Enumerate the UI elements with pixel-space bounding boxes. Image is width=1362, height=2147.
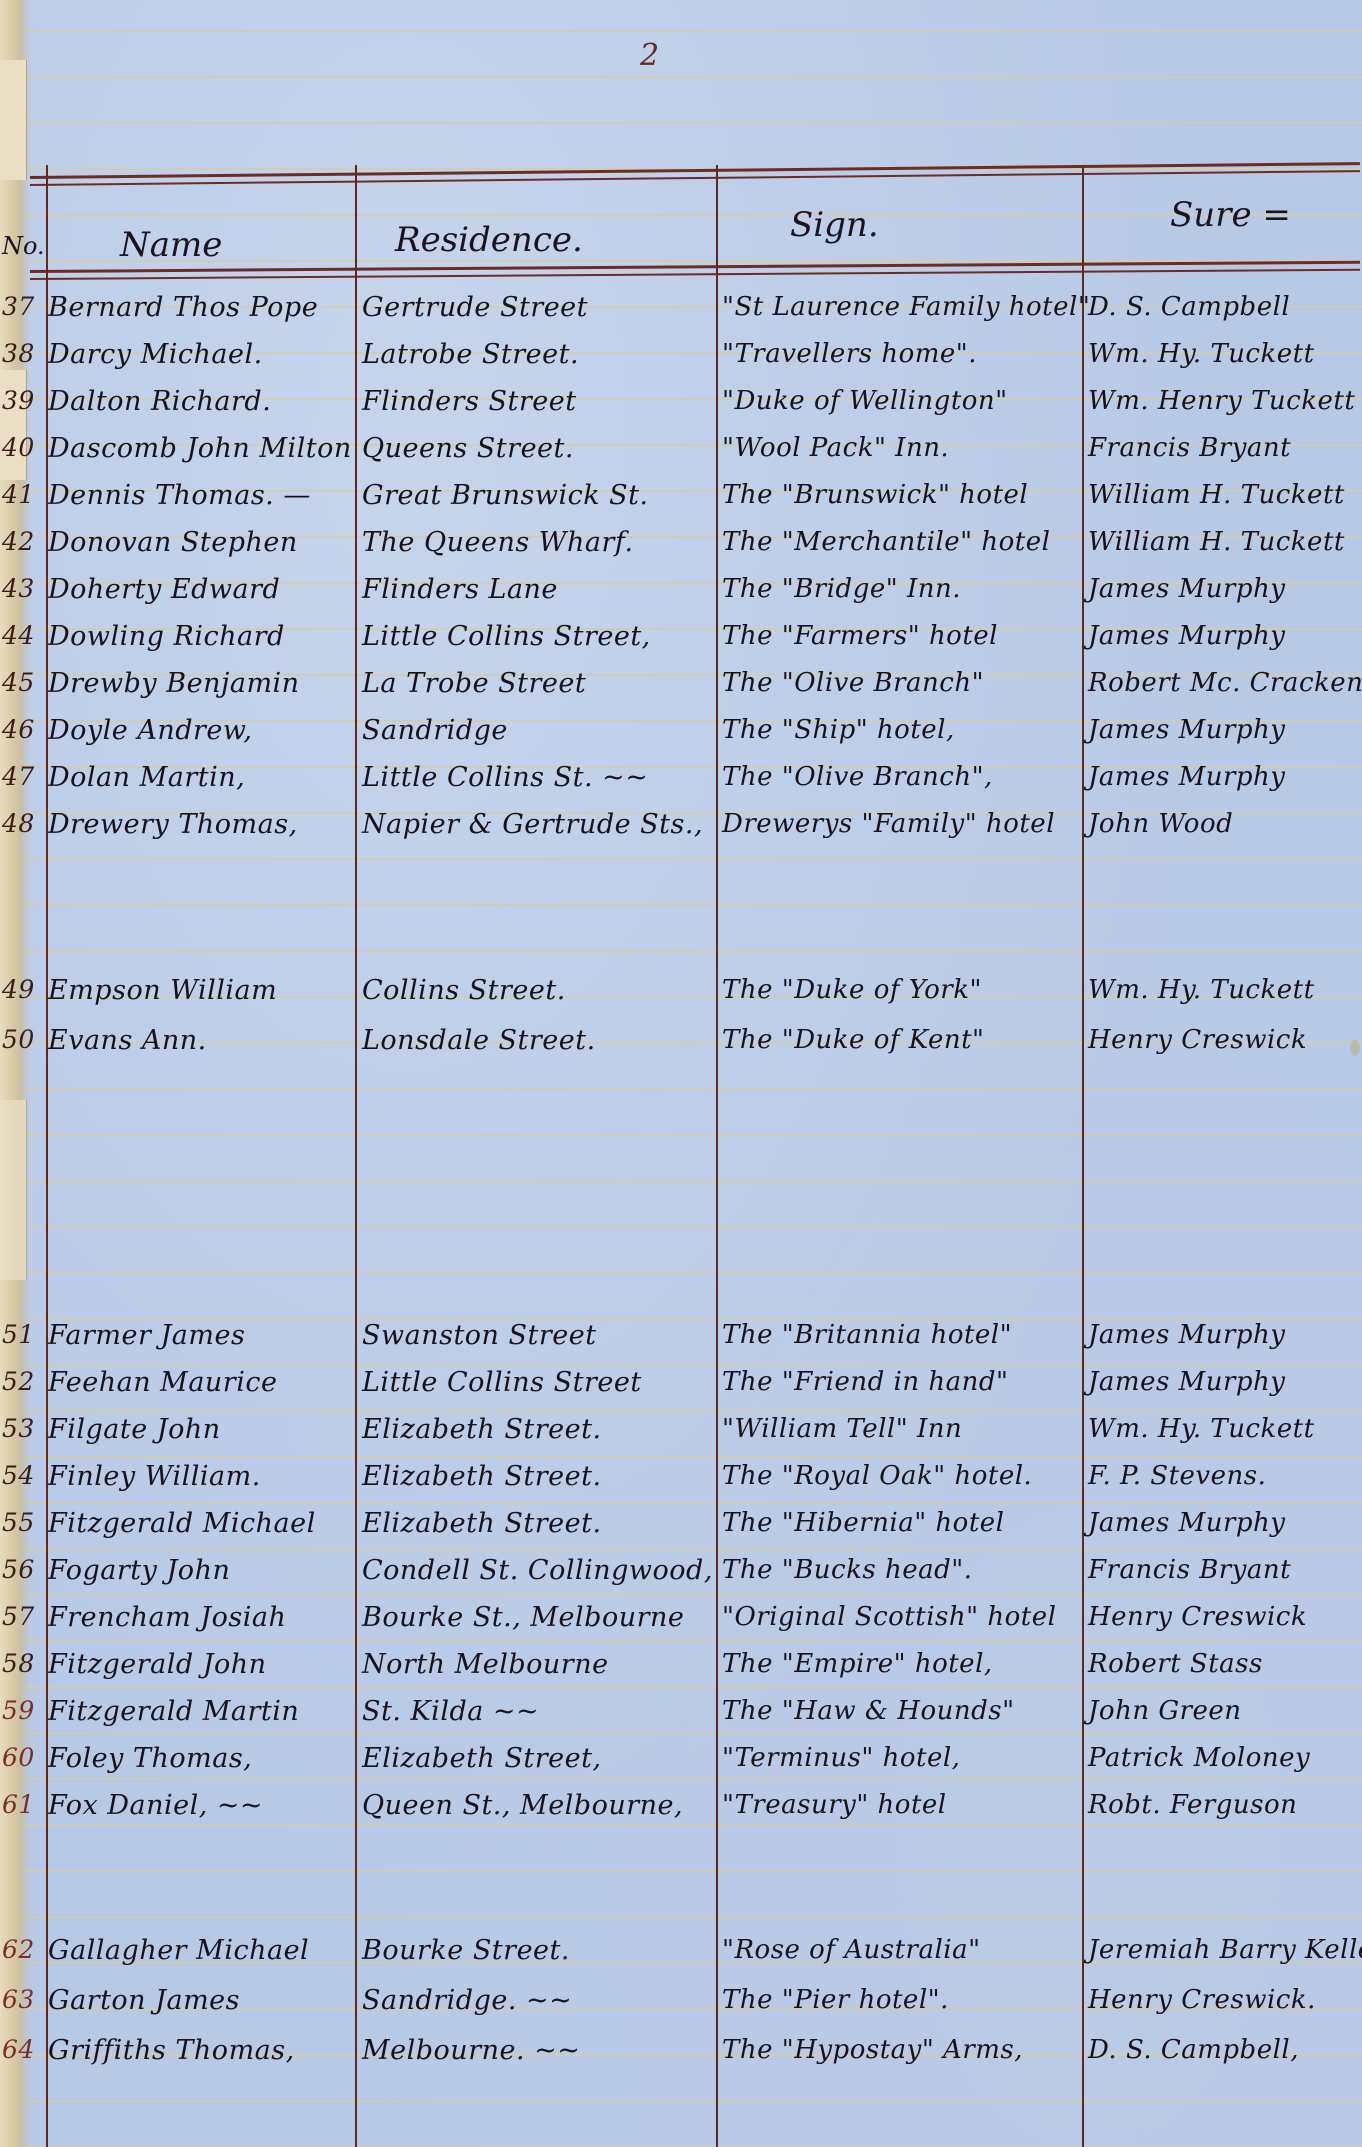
entry-residence: Gertrude Street (362, 292, 712, 323)
entry-sign: "William Tell" Inn (722, 1414, 1077, 1444)
entry-residence: Little Collins Street, (362, 621, 712, 652)
entry-name: Darcy Michael. (48, 339, 353, 370)
table-row: 61Fox Daniel, ~~Queen St., Melbourne,"Tr… (0, 1790, 1362, 1836)
entry-sign: The "Empire" hotel, (722, 1649, 1077, 1679)
row-number: 44 (2, 621, 46, 650)
entry-sign: Drewerys "Family" hotel (722, 809, 1077, 839)
entry-name: Doyle Andrew, (48, 715, 353, 746)
entry-residence: Swanston Street (362, 1320, 712, 1351)
table-row: 40Dascomb John MiltonQueens Street."Wool… (0, 433, 1362, 479)
rule-line (0, 904, 1362, 906)
entry-sign: The "Farmers" hotel (722, 621, 1077, 651)
entry-residence: Flinders Street (362, 386, 712, 417)
entry-name: Filgate John (48, 1414, 353, 1445)
table-row: 45Drewby BenjaminLa Trobe StreetThe "Oli… (0, 668, 1362, 714)
entry-name: Donovan Stephen (48, 527, 353, 558)
row-number: 37 (2, 292, 46, 321)
header-name: Name (120, 225, 222, 265)
entry-sign: "Wool Pack" Inn. (722, 433, 1077, 463)
entry-residence: Bourke Street. (362, 1935, 712, 1966)
table-row: 54Finley William.Elizabeth Street.The "R… (0, 1461, 1362, 1507)
entry-sign: The "Britannia hotel" (722, 1320, 1077, 1350)
rule-line (0, 1226, 1362, 1228)
entry-surety: John Green (1088, 1696, 1360, 1726)
row-number: 51 (2, 1320, 46, 1349)
row-number: 43 (2, 574, 46, 603)
table-row: 62Gallagher MichaelBourke Street."Rose o… (0, 1935, 1362, 1981)
entry-sign: The "Bucks head". (722, 1555, 1077, 1585)
table-row: 52Feehan MauriceLittle Collins StreetThe… (0, 1367, 1362, 1413)
entry-sign: The "Hypostay" Arms, (722, 2035, 1077, 2065)
entry-sign: The "Brunswick" hotel (722, 480, 1077, 510)
table-row: 63Garton JamesSandridge. ~~The "Pier hot… (0, 1985, 1362, 2031)
entry-sign: The "Bridge" Inn. (722, 574, 1077, 604)
entry-name: Fox Daniel, ~~ (48, 1790, 353, 1821)
row-number: 60 (2, 1743, 46, 1772)
entry-surety: D. S. Campbell, (1088, 2035, 1360, 2065)
table-row: 50Evans Ann.Lonsdale Street.The "Duke of… (0, 1025, 1362, 1071)
entry-residence: Elizabeth Street, (362, 1743, 712, 1774)
entry-surety: Henry Creswick (1088, 1025, 1360, 1055)
entry-sign: "Rose of Australia" (722, 1935, 1077, 1965)
entry-residence: Sandridge (362, 715, 712, 746)
entry-residence: Elizabeth Street. (362, 1461, 712, 1492)
entry-surety: Robert Mc. Cracken (1088, 668, 1360, 698)
table-row: 41Dennis Thomas. —Great Brunswick St.The… (0, 480, 1362, 526)
row-number: 56 (2, 1555, 46, 1584)
entry-name: Fogarty John (48, 1555, 353, 1586)
entry-surety: James Murphy (1088, 715, 1360, 745)
entry-surety: James Murphy (1088, 1367, 1360, 1397)
entry-sign: "Travellers home". (722, 339, 1077, 369)
entry-name: Doherty Edward (48, 574, 353, 605)
paper-tear (0, 60, 27, 180)
page-number: 2 (640, 38, 659, 73)
entry-name: Finley William. (48, 1461, 353, 1492)
entry-name: Drewby Benjamin (48, 668, 353, 699)
rule-line (0, 76, 1362, 78)
header-sign: Sign. (790, 205, 879, 245)
entry-sign: The "Haw & Hounds" (722, 1696, 1077, 1726)
table-row: 44Dowling RichardLittle Collins Street,T… (0, 621, 1362, 667)
entry-residence: Collins Street. (362, 975, 712, 1006)
entry-name: Dalton Richard. (48, 386, 353, 417)
table-row: 48Drewery Thomas,Napier & Gertrude Sts.,… (0, 809, 1362, 855)
entry-residence: Latrobe Street. (362, 339, 712, 370)
entry-name: Bernard Thos Pope (48, 292, 353, 323)
entry-residence: Bourke St., Melbourne (362, 1602, 712, 1633)
entry-residence: Little Collins Street (362, 1367, 712, 1398)
entry-residence: Napier & Gertrude Sts., (362, 809, 712, 840)
table-row: 57Frencham JosiahBourke St., Melbourne"O… (0, 1602, 1362, 1648)
table-row: 60Foley Thomas,Elizabeth Street,"Terminu… (0, 1743, 1362, 1789)
row-number: 59 (2, 1696, 46, 1725)
entry-surety: F. P. Stevens. (1088, 1461, 1360, 1491)
row-number: 61 (2, 1790, 46, 1819)
entry-name: Fitzgerald Martin (48, 1696, 353, 1727)
row-number: 45 (2, 668, 46, 697)
entry-sign: The "Olive Branch", (722, 762, 1077, 792)
row-number: 42 (2, 527, 46, 556)
entry-name: Fitzgerald Michael (48, 1508, 353, 1539)
entry-surety: Francis Bryant (1088, 1555, 1360, 1585)
paper-tear (0, 1100, 27, 1280)
entry-surety: Robert Stass (1088, 1649, 1360, 1679)
entry-name: Feehan Maurice (48, 1367, 353, 1398)
rule-line (0, 1272, 1362, 1274)
entry-surety: Henry Creswick (1088, 1602, 1360, 1632)
table-row: 38Darcy Michael.Latrobe Street."Travelle… (0, 339, 1362, 385)
entry-name: Gallagher Michael (48, 1935, 353, 1966)
rule-line (0, 122, 1362, 124)
entry-name: Garton James (48, 1985, 353, 2016)
table-row: 43Doherty EdwardFlinders LaneThe "Bridge… (0, 574, 1362, 620)
entry-surety: Wm. Hy. Tuckett (1088, 1414, 1360, 1444)
entry-surety: D. S. Campbell (1088, 292, 1360, 322)
entry-residence: La Trobe Street (362, 668, 712, 699)
row-number: 40 (2, 433, 46, 462)
entry-sign: The "Ship" hotel, (722, 715, 1077, 745)
entry-surety: Wm. Hy. Tuckett (1088, 339, 1360, 369)
row-number: 62 (2, 1935, 46, 1964)
entry-name: Dowling Richard (48, 621, 353, 652)
entry-residence: Great Brunswick St. (362, 480, 712, 511)
entry-sign: The "Friend in hand" (722, 1367, 1077, 1397)
entry-residence: Lonsdale Street. (362, 1025, 712, 1056)
entry-name: Drewery Thomas, (48, 809, 353, 840)
entry-surety: Wm. Hy. Tuckett (1088, 975, 1360, 1005)
row-number: 48 (2, 809, 46, 838)
entry-name: Empson William (48, 975, 353, 1006)
header-residence: Residence. (395, 220, 583, 260)
row-number: 52 (2, 1367, 46, 1396)
rule-line (0, 1134, 1362, 1136)
entry-sign: The "Duke of Kent" (722, 1025, 1077, 1055)
entry-surety: James Murphy (1088, 621, 1360, 651)
entry-sign: "Terminus" hotel, (722, 1743, 1077, 1773)
table-row: 64Griffiths Thomas,Melbourne. ~~The "Hyp… (0, 2035, 1362, 2081)
entry-sign: "Treasury" hotel (722, 1790, 1077, 1820)
entry-residence: Condell St. Collingwood, (362, 1555, 712, 1586)
entry-surety: John Wood (1088, 809, 1360, 839)
entry-surety: James Murphy (1088, 1320, 1360, 1350)
rule-line (0, 2100, 1362, 2102)
table-row: 56Fogarty JohnCondell St. Collingwood,Th… (0, 1555, 1362, 1601)
table-row: 47Dolan Martin,Little Collins St. ~~The … (0, 762, 1362, 808)
row-number: 63 (2, 1985, 46, 2014)
row-number: 47 (2, 762, 46, 791)
rule-line (0, 950, 1362, 952)
entry-residence: St. Kilda ~~ (362, 1696, 712, 1727)
entry-residence: Queens Street. (362, 433, 712, 464)
entry-sign: The "Hibernia" hotel (722, 1508, 1077, 1538)
rule-line (0, 30, 1362, 32)
entry-surety: James Murphy (1088, 574, 1360, 604)
entry-surety: Robt. Ferguson (1088, 1790, 1360, 1820)
row-number: 53 (2, 1414, 46, 1443)
entry-residence: North Melbourne (362, 1649, 712, 1680)
entry-surety: James Murphy (1088, 1508, 1360, 1538)
entry-surety: William H. Tuckett (1088, 527, 1360, 557)
row-number: 54 (2, 1461, 46, 1490)
row-number: 49 (2, 975, 46, 1004)
row-number: 46 (2, 715, 46, 744)
entry-sign: The "Royal Oak" hotel. (722, 1461, 1077, 1491)
entry-residence: Little Collins St. ~~ (362, 762, 712, 793)
row-number: 41 (2, 480, 46, 509)
entry-name: Foley Thomas, (48, 1743, 353, 1774)
rule-line (0, 1870, 1362, 1872)
row-number: 64 (2, 2035, 46, 2064)
entry-sign: The "Olive Branch" (722, 668, 1077, 698)
entry-sign: "St Laurence Family hotel" (722, 292, 1077, 322)
entry-name: Dascomb John Milton (48, 433, 353, 464)
row-number: 50 (2, 1025, 46, 1054)
table-row: 39Dalton Richard.Flinders Street"Duke of… (0, 386, 1362, 432)
rule-line (0, 1916, 1362, 1918)
entry-name: Griffiths Thomas, (48, 2035, 353, 2066)
header-no: No. (2, 232, 45, 260)
table-row: 59Fitzgerald MartinSt. Kilda ~~The "Haw … (0, 1696, 1362, 1742)
rule-line (0, 214, 1362, 216)
entry-sign: "Duke of Wellington" (722, 386, 1077, 416)
table-row: 46Doyle Andrew,SandridgeThe "Ship" hotel… (0, 715, 1362, 761)
entry-surety: Francis Bryant (1088, 433, 1360, 463)
rule-line (0, 1180, 1362, 1182)
entry-surety: James Murphy (1088, 762, 1360, 792)
entry-name: Evans Ann. (48, 1025, 353, 1056)
entry-sign: The "Merchantile" hotel (722, 527, 1077, 557)
header-surety: Sure = (1170, 195, 1291, 235)
entry-sign: The "Duke of York" (722, 975, 1077, 1005)
entry-name: Farmer James (48, 1320, 353, 1351)
entry-residence: Elizabeth Street. (362, 1414, 712, 1445)
entry-name: Frencham Josiah (48, 1602, 353, 1633)
entry-surety: William H. Tuckett (1088, 480, 1360, 510)
row-number: 57 (2, 1602, 46, 1631)
entry-residence: Melbourne. ~~ (362, 2035, 712, 2066)
table-row: 49Empson WilliamCollins Street.The "Duke… (0, 975, 1362, 1021)
row-number: 38 (2, 339, 46, 368)
table-row: 42Donovan StephenThe Queens Wharf.The "M… (0, 527, 1362, 573)
rule-line (0, 1088, 1362, 1090)
table-row: 53Filgate JohnElizabeth Street."William … (0, 1414, 1362, 1460)
entry-sign: The "Pier hotel". (722, 1985, 1077, 2015)
entry-surety: Patrick Moloney (1088, 1743, 1360, 1773)
table-row: 58Fitzgerald JohnNorth MelbourneThe "Emp… (0, 1649, 1362, 1695)
entry-surety: Henry Creswick. (1088, 1985, 1360, 2015)
entry-sign: "Original Scottish" hotel (722, 1602, 1077, 1632)
entry-surety: Wm. Henry Tuckett (1088, 386, 1360, 416)
row-number: 39 (2, 386, 46, 415)
row-number: 58 (2, 1649, 46, 1678)
entry-name: Fitzgerald John (48, 1649, 353, 1680)
entry-name: Dolan Martin, (48, 762, 353, 793)
table-row: 37Bernard Thos PopeGertrude Street"St La… (0, 292, 1362, 338)
table-row: 51Farmer JamesSwanston StreetThe "Britan… (0, 1320, 1362, 1366)
entry-surety: Jeremiah Barry Kelleher (1088, 1935, 1360, 1965)
entry-residence: Elizabeth Street. (362, 1508, 712, 1539)
rule-line (0, 858, 1362, 860)
row-number: 55 (2, 1508, 46, 1537)
entry-name: Dennis Thomas. — (48, 480, 353, 511)
table-row: 55Fitzgerald MichaelElizabeth Street.The… (0, 1508, 1362, 1554)
entry-residence: Sandridge. ~~ (362, 1985, 712, 2016)
entry-residence: The Queens Wharf. (362, 527, 712, 558)
entry-residence: Queen St., Melbourne, (362, 1790, 712, 1821)
entry-residence: Flinders Lane (362, 574, 712, 605)
